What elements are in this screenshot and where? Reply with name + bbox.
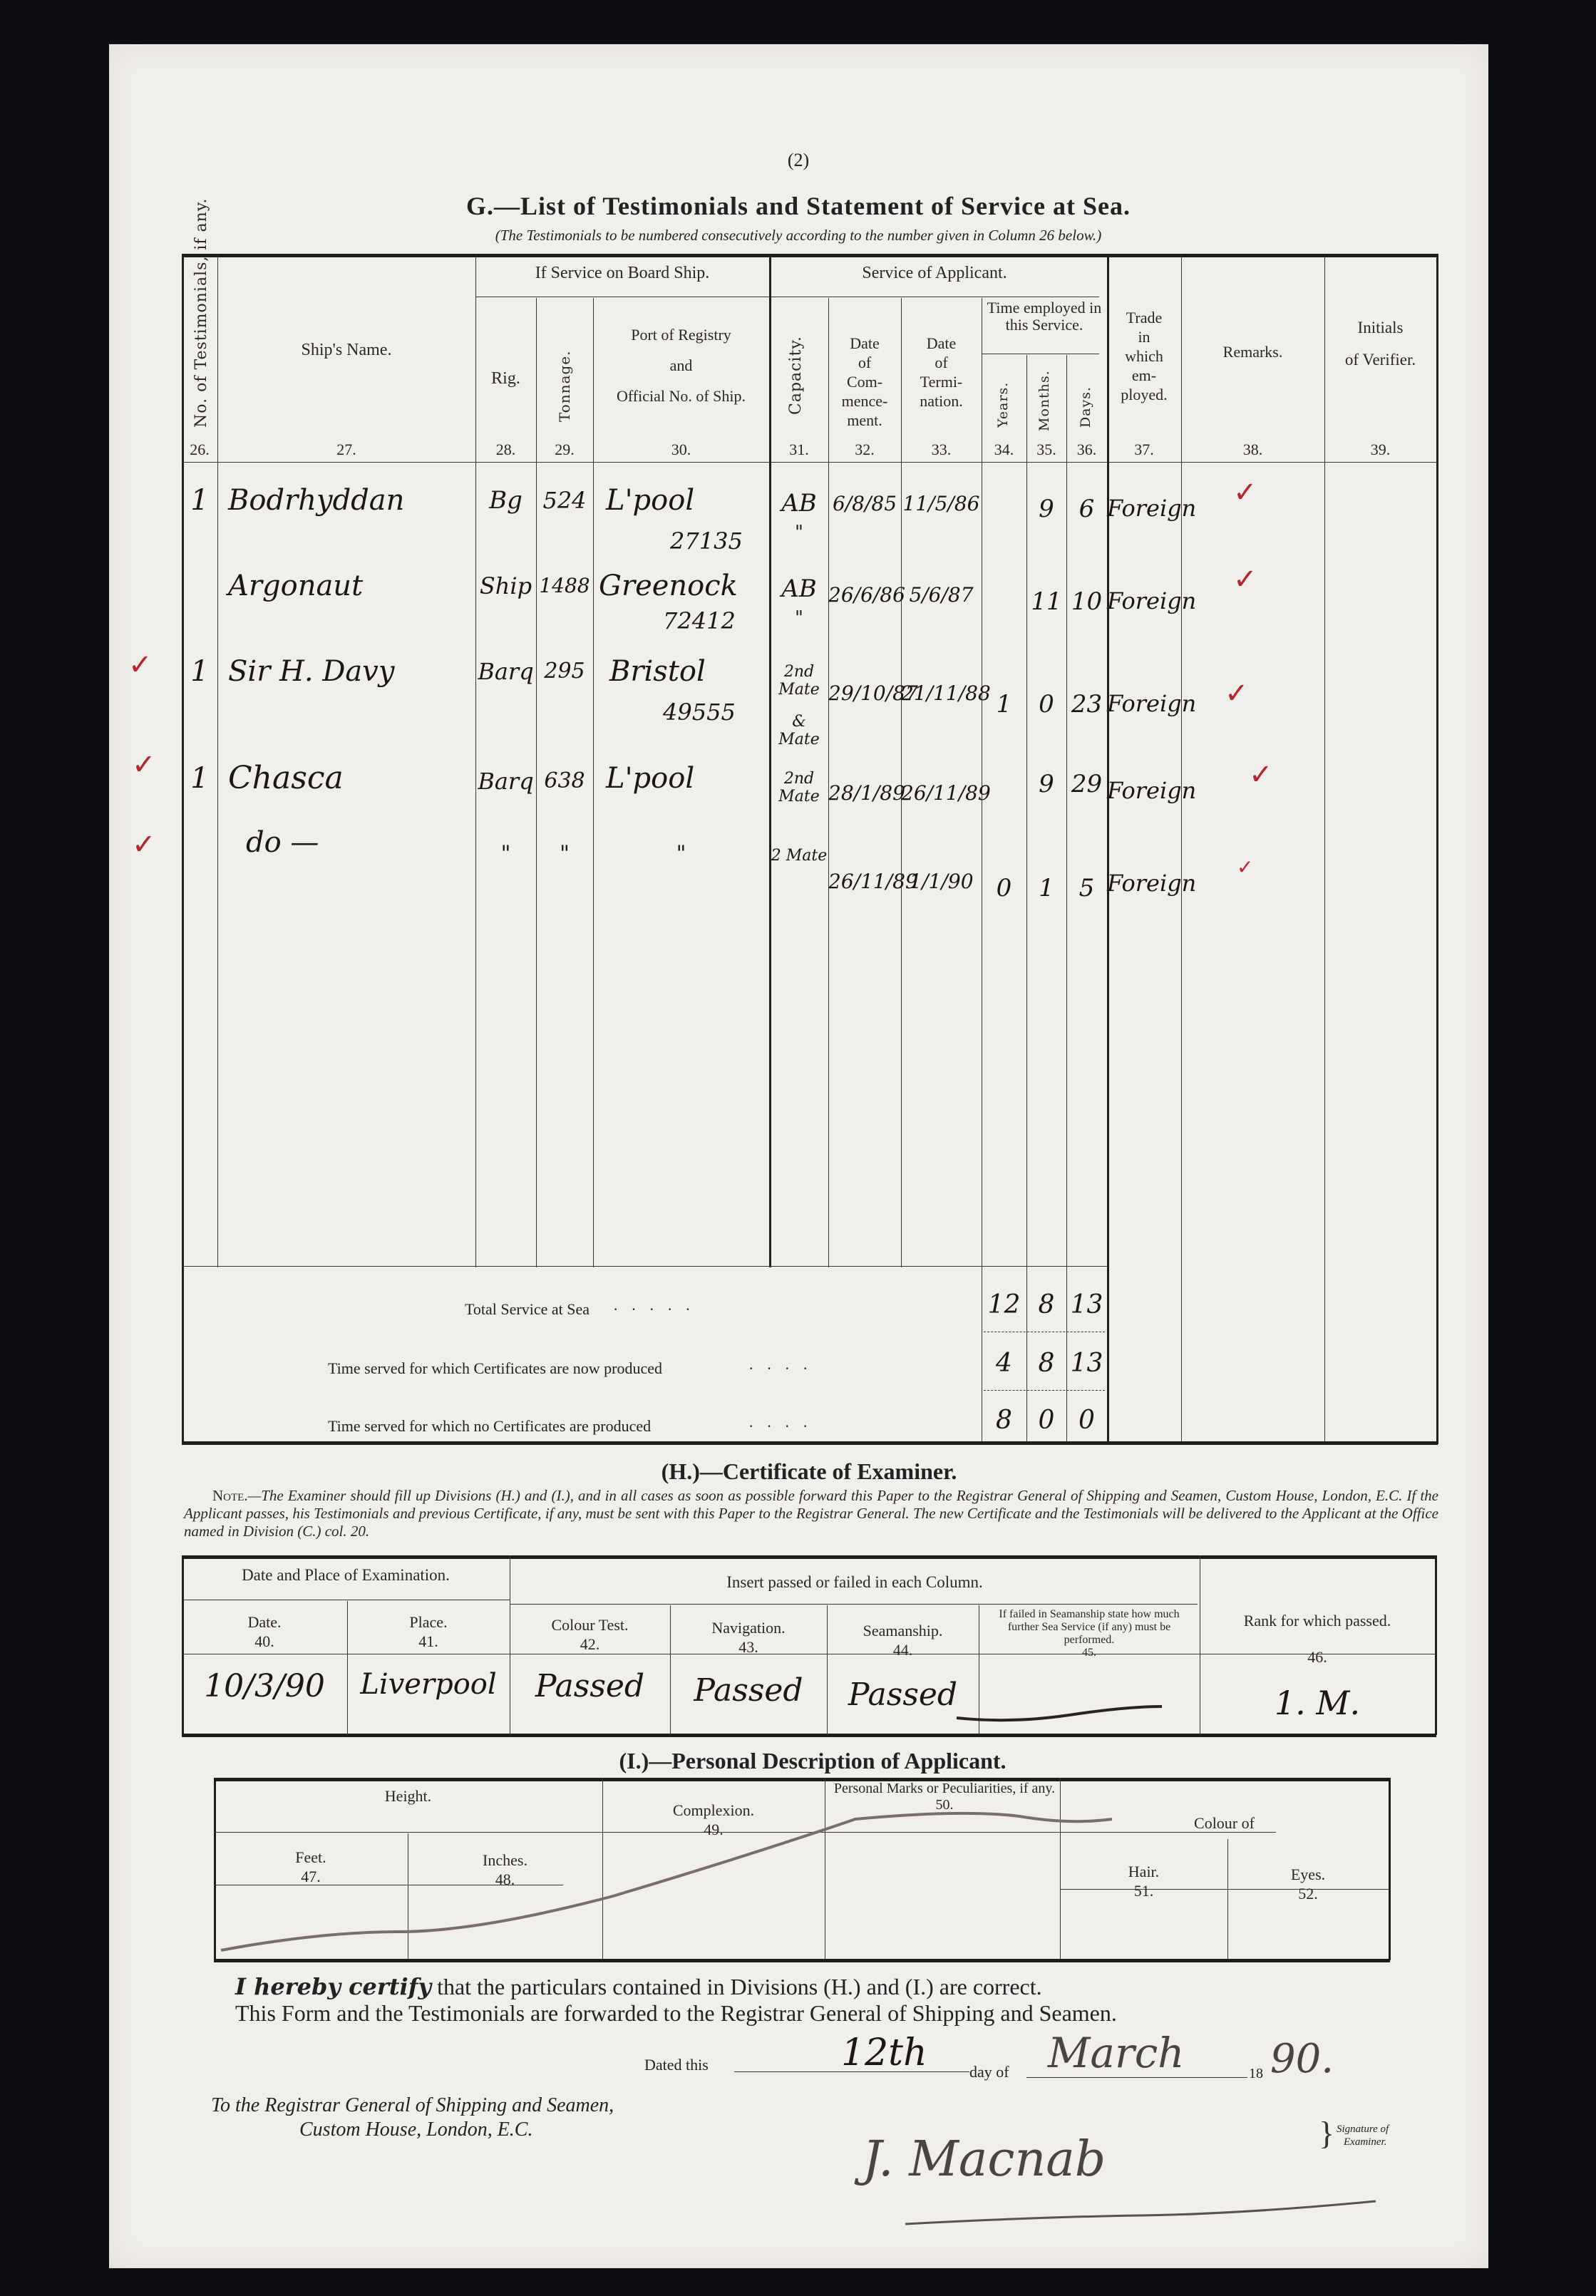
certification-line-1: I hereby certify that the particulars co… xyxy=(235,1973,1042,2000)
exam-place-value: Liverpool xyxy=(347,1668,510,1701)
col-num-27: 27. xyxy=(217,441,475,459)
navigation-value: Passed xyxy=(670,1672,827,1709)
strike-line-icon xyxy=(955,1697,1169,1725)
col-30-header: Port of Registry and Official No. of Shi… xyxy=(593,325,769,406)
address-line-2: Custom House, London, E.C. xyxy=(299,2119,532,2141)
section-g-subtitle: (The Testimonials to be numbered consecu… xyxy=(178,227,1419,244)
col-37-header: Tradeinwhichem-ployed. xyxy=(1107,308,1181,404)
brace-icon: } xyxy=(1319,2114,1334,2152)
examiner-signature: J. Macnab xyxy=(863,2131,1106,2188)
remarks-tick: ✓ xyxy=(1233,563,1257,596)
page-number: (2) xyxy=(748,150,848,171)
col-num-32: 32. xyxy=(828,441,901,459)
col-28-header: Rig. xyxy=(475,369,536,388)
signature-label: Signature of Examiner. xyxy=(1337,2123,1389,2148)
col-42-header: Colour Test.42. xyxy=(510,1615,670,1654)
margin-tick: ✓ xyxy=(132,828,156,861)
section-g-title: G.—List of Testimonials and Statement of… xyxy=(178,191,1419,221)
col-29-header: Tonnage. xyxy=(556,350,573,422)
col-34-header: Years. xyxy=(995,382,1011,428)
remarks-tick: ✓ xyxy=(1237,855,1253,879)
remarks-tick: ✓ xyxy=(1249,758,1273,791)
height-group-header: Height. xyxy=(214,1786,602,1806)
section-i-title: (I.)—Personal Description of Applicant. xyxy=(207,1748,1419,1774)
col-50-header: Personal Marks or Peculiarities, if any.… xyxy=(827,1781,1062,1813)
col-num-33: 33. xyxy=(901,441,982,459)
ship-service-group-header: If Service on Board Ship. xyxy=(475,264,769,283)
insert-group-header: Insert passed or failed in each Column. xyxy=(510,1572,1200,1592)
col-num-31: 31. xyxy=(770,441,828,459)
certification-line-2: This Form and the Testimonials are forwa… xyxy=(235,2000,1117,2027)
col-27-header: Ship's Name. xyxy=(217,341,475,360)
address-line-1: To the Registrar General of Shipping and… xyxy=(211,2094,614,2117)
col-26-header: No. of Testimonials, if any. xyxy=(192,198,210,428)
col-num-28: 28. xyxy=(475,441,536,459)
col-38-header: Remarks. xyxy=(1181,342,1324,361)
col-num-30: 30. xyxy=(593,441,769,459)
month-value: March xyxy=(1048,2029,1185,2077)
remarks-tick: ✓ xyxy=(1233,476,1257,509)
col-43-header: Navigation.43. xyxy=(670,1618,827,1657)
col-40-header: Date.40. xyxy=(182,1612,347,1651)
col-36-header: Days. xyxy=(1078,386,1093,428)
margin-tick: ✓ xyxy=(128,649,153,681)
col-num-37: 37. xyxy=(1107,441,1181,459)
col-41-header: Place.41. xyxy=(347,1612,510,1651)
strike-line-icon xyxy=(214,1811,1390,1960)
col-32-header: DateofCom-mence-ment. xyxy=(828,334,901,430)
colour-test-value: Passed xyxy=(510,1668,670,1704)
col-num-34: 34. xyxy=(982,441,1026,459)
col-44-header: Seamanship.44. xyxy=(827,1621,979,1659)
col-num-38: 38. xyxy=(1181,441,1324,459)
examiner-note: Note.—The Examiner should fill up Divisi… xyxy=(184,1487,1438,1540)
exam-date-value: 10/3/90 xyxy=(182,1668,347,1704)
day-value: 12th xyxy=(841,2032,927,2074)
date-place-group-header: Date and Place of Examination. xyxy=(182,1565,510,1585)
signature-flourish-icon xyxy=(898,2195,1383,2238)
col-39-header: Initials of Verifier. xyxy=(1324,318,1436,369)
col-31-header: Capacity. xyxy=(787,336,805,415)
col-num-39: 39. xyxy=(1324,441,1436,459)
applicant-service-group-header: Service of Applicant. xyxy=(770,264,1099,283)
col-num-29: 29. xyxy=(536,441,593,459)
col-num-35: 35. xyxy=(1026,441,1066,459)
col-46-header: Rank for which passed.46. xyxy=(1200,1611,1435,1667)
time-employed-group-header: Time employed in this Service. xyxy=(984,299,1105,334)
margin-tick: ✓ xyxy=(132,748,156,781)
year-value: 90. xyxy=(1270,2036,1334,2082)
col-num-26: 26. xyxy=(182,441,217,459)
remarks-tick: ✓ xyxy=(1225,677,1249,710)
section-h-title: (H.)—Certificate of Examiner. xyxy=(182,1458,1436,1485)
col-num-36: 36. xyxy=(1066,441,1107,459)
rank-value: 1. M. xyxy=(1200,1684,1435,1722)
col-35-header: Months. xyxy=(1036,370,1052,431)
col-45-header: If failed in Seamanship state how much f… xyxy=(982,1608,1196,1659)
col-33-header: DateofTermi-nation. xyxy=(901,334,982,411)
